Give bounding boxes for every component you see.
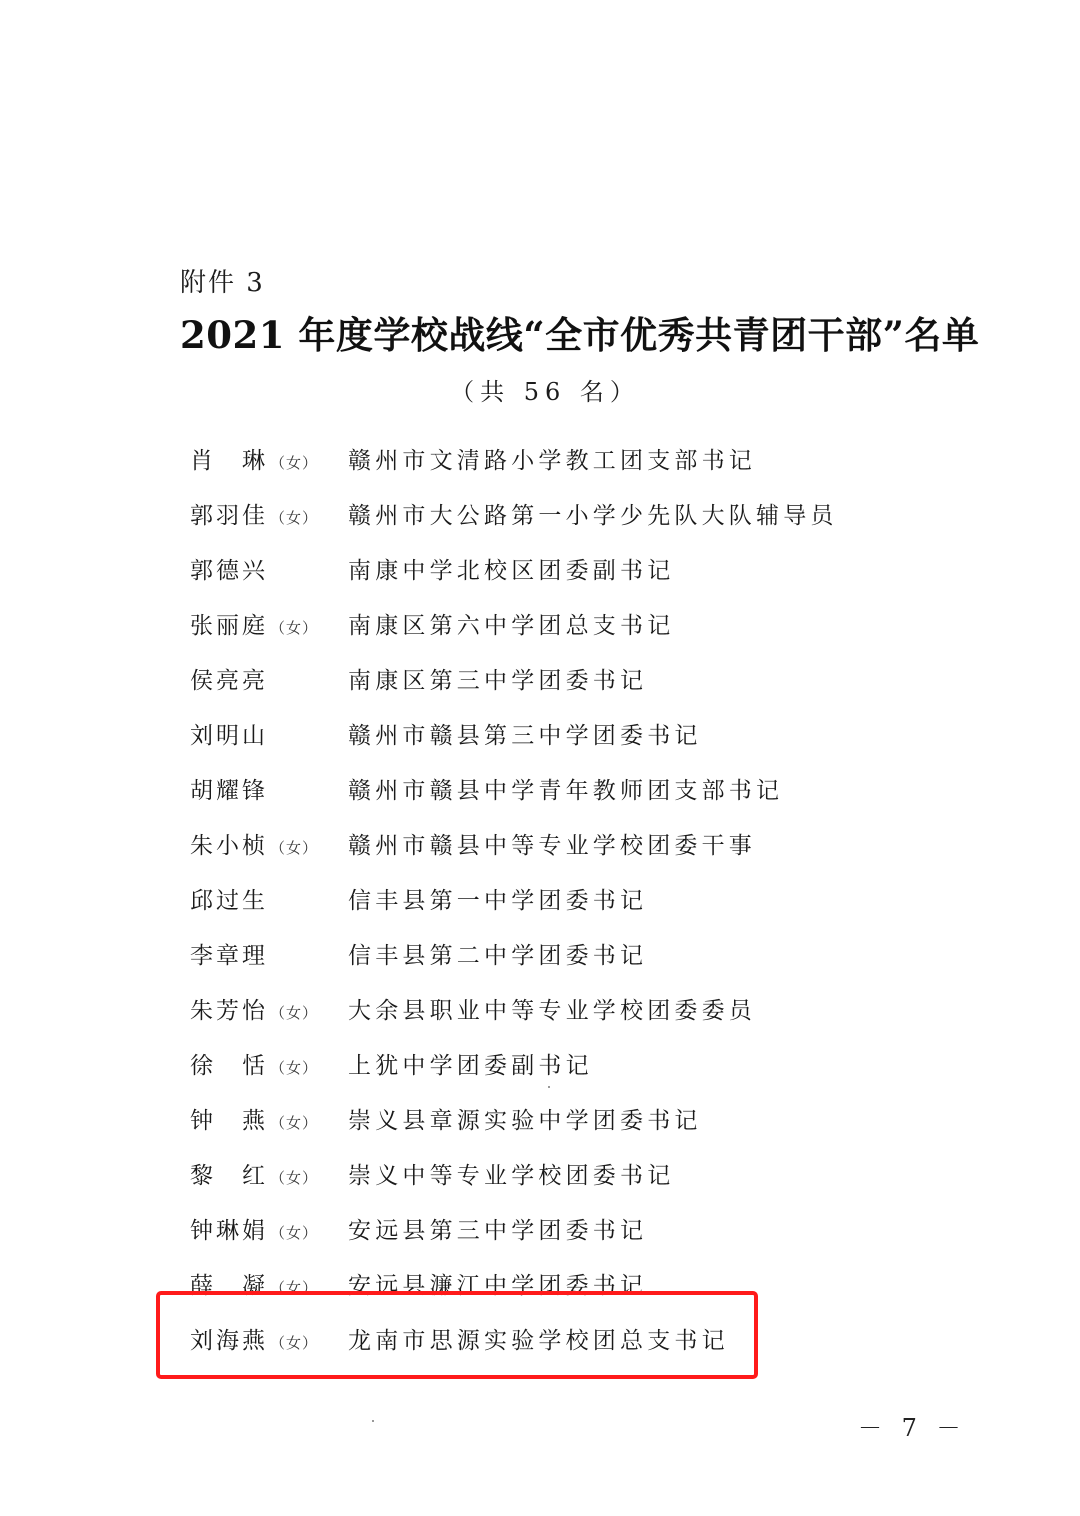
- honoree-name: 朱芳怡: [190, 992, 268, 1025]
- list-item: 黎 红（女） 崇义中等专业学校团委书记: [190, 1153, 890, 1193]
- honoree-position: 崇义中等专业学校团委书记: [348, 1157, 674, 1190]
- gender-note: （女）: [270, 1057, 318, 1078]
- list-item: 刘明山 赣州市赣县第三中学团委书记: [190, 713, 890, 753]
- honoree-name: 郭羽佳: [190, 497, 268, 530]
- honoree-name: 张丽庭: [190, 607, 268, 640]
- honoree-position: 赣州市赣县第三中学团委书记: [348, 717, 702, 750]
- list-item: 朱小桢（女） 赣州市赣县中等专业学校团委干事: [190, 823, 890, 863]
- honoree-position: 南康中学北校区团委副书记: [348, 552, 674, 585]
- gender-note: （女）: [270, 1222, 318, 1243]
- honoree-name: 徐 恬: [190, 1047, 268, 1080]
- count-subtitle: （共 56 名）: [0, 372, 1080, 407]
- document-title: 2021 年度学校战线“全市优秀共青团干部”名单: [180, 305, 940, 359]
- honoree-name: 朱小桢: [190, 827, 268, 860]
- list-item: 肖 琳（女） 赣州市文清路小学教工团支部书记: [190, 438, 890, 478]
- honoree-name: 胡耀锋: [190, 772, 268, 805]
- honoree-position: 安远县第三中学团委书记: [348, 1212, 647, 1245]
- honoree-position: 南康区第六中学团总支书记: [348, 607, 674, 640]
- list-item: 徐 恬（女） 上犹中学团委副书记: [190, 1043, 890, 1083]
- red-highlight-box: [156, 1291, 758, 1379]
- honoree-position: 大余县职业中等专业学校团委委员: [348, 992, 756, 1025]
- attachment-label: 附件 3: [180, 262, 265, 299]
- gender-note: （女）: [270, 1167, 318, 1188]
- list-item: 张丽庭（女） 南康区第六中学团总支书记: [190, 603, 890, 643]
- honoree-position: 信丰县第二中学团委书记: [348, 937, 647, 970]
- list-item: 郭德兴 南康中学北校区团委副书记: [190, 548, 890, 588]
- honoree-name: 李章理: [190, 937, 268, 970]
- list-item: 钟 燕（女） 崇义县章源实验中学团委书记: [190, 1098, 890, 1138]
- gender-note: （女）: [270, 507, 318, 528]
- list-item: 钟琳娟（女） 安远县第三中学团委书记: [190, 1208, 890, 1248]
- honoree-name: 钟琳娟: [190, 1212, 268, 1245]
- honoree-position: 信丰县第一中学团委书记: [348, 882, 647, 915]
- list-item: 侯亮亮 南康区第三中学团委书记: [190, 658, 890, 698]
- gender-note: （女）: [270, 617, 318, 638]
- honoree-name: 黎 红: [190, 1157, 268, 1190]
- scan-speck: [372, 1420, 374, 1422]
- gender-note: （女）: [270, 837, 318, 858]
- list-item: 邱过生 信丰县第一中学团委书记: [190, 878, 890, 918]
- page-number: － 7 －: [858, 1408, 967, 1443]
- list-item: 朱芳怡（女） 大余县职业中等专业学校团委委员: [190, 988, 890, 1028]
- gender-note: （女）: [270, 1112, 318, 1133]
- list-item: 郭羽佳（女） 赣州市大公路第一小学少先队大队辅导员: [190, 493, 890, 533]
- honoree-position: 上犹中学团委副书记: [348, 1047, 593, 1080]
- honoree-position: 赣州市赣县中等专业学校团委干事: [348, 827, 756, 860]
- honoree-position: 赣州市赣县中学青年教师团支部书记: [348, 772, 783, 805]
- honoree-name: 肖 琳: [190, 442, 268, 475]
- honoree-position: 南康区第三中学团委书记: [348, 662, 647, 695]
- list-item: 胡耀锋 赣州市赣县中学青年教师团支部书记: [190, 768, 890, 808]
- list-item: 李章理 信丰县第二中学团委书记: [190, 933, 890, 973]
- honoree-name: 邱过生: [190, 882, 268, 915]
- document-page: 附件 3 2021 年度学校战线“全市优秀共青团干部”名单 （共 56 名） 肖…: [0, 0, 1080, 1516]
- honoree-name: 郭德兴: [190, 552, 268, 585]
- honoree-position: 赣州市大公路第一小学少先队大队辅导员: [348, 497, 838, 530]
- gender-note: （女）: [270, 452, 318, 473]
- honoree-name: 钟 燕: [190, 1102, 268, 1135]
- honoree-position: 崇义县章源实验中学团委书记: [348, 1102, 702, 1135]
- honoree-position: 赣州市文清路小学教工团支部书记: [348, 442, 756, 475]
- honoree-name: 侯亮亮: [190, 662, 268, 695]
- gender-note: （女）: [270, 1002, 318, 1023]
- scan-speck: [548, 1086, 550, 1088]
- honoree-name: 刘明山: [190, 717, 268, 750]
